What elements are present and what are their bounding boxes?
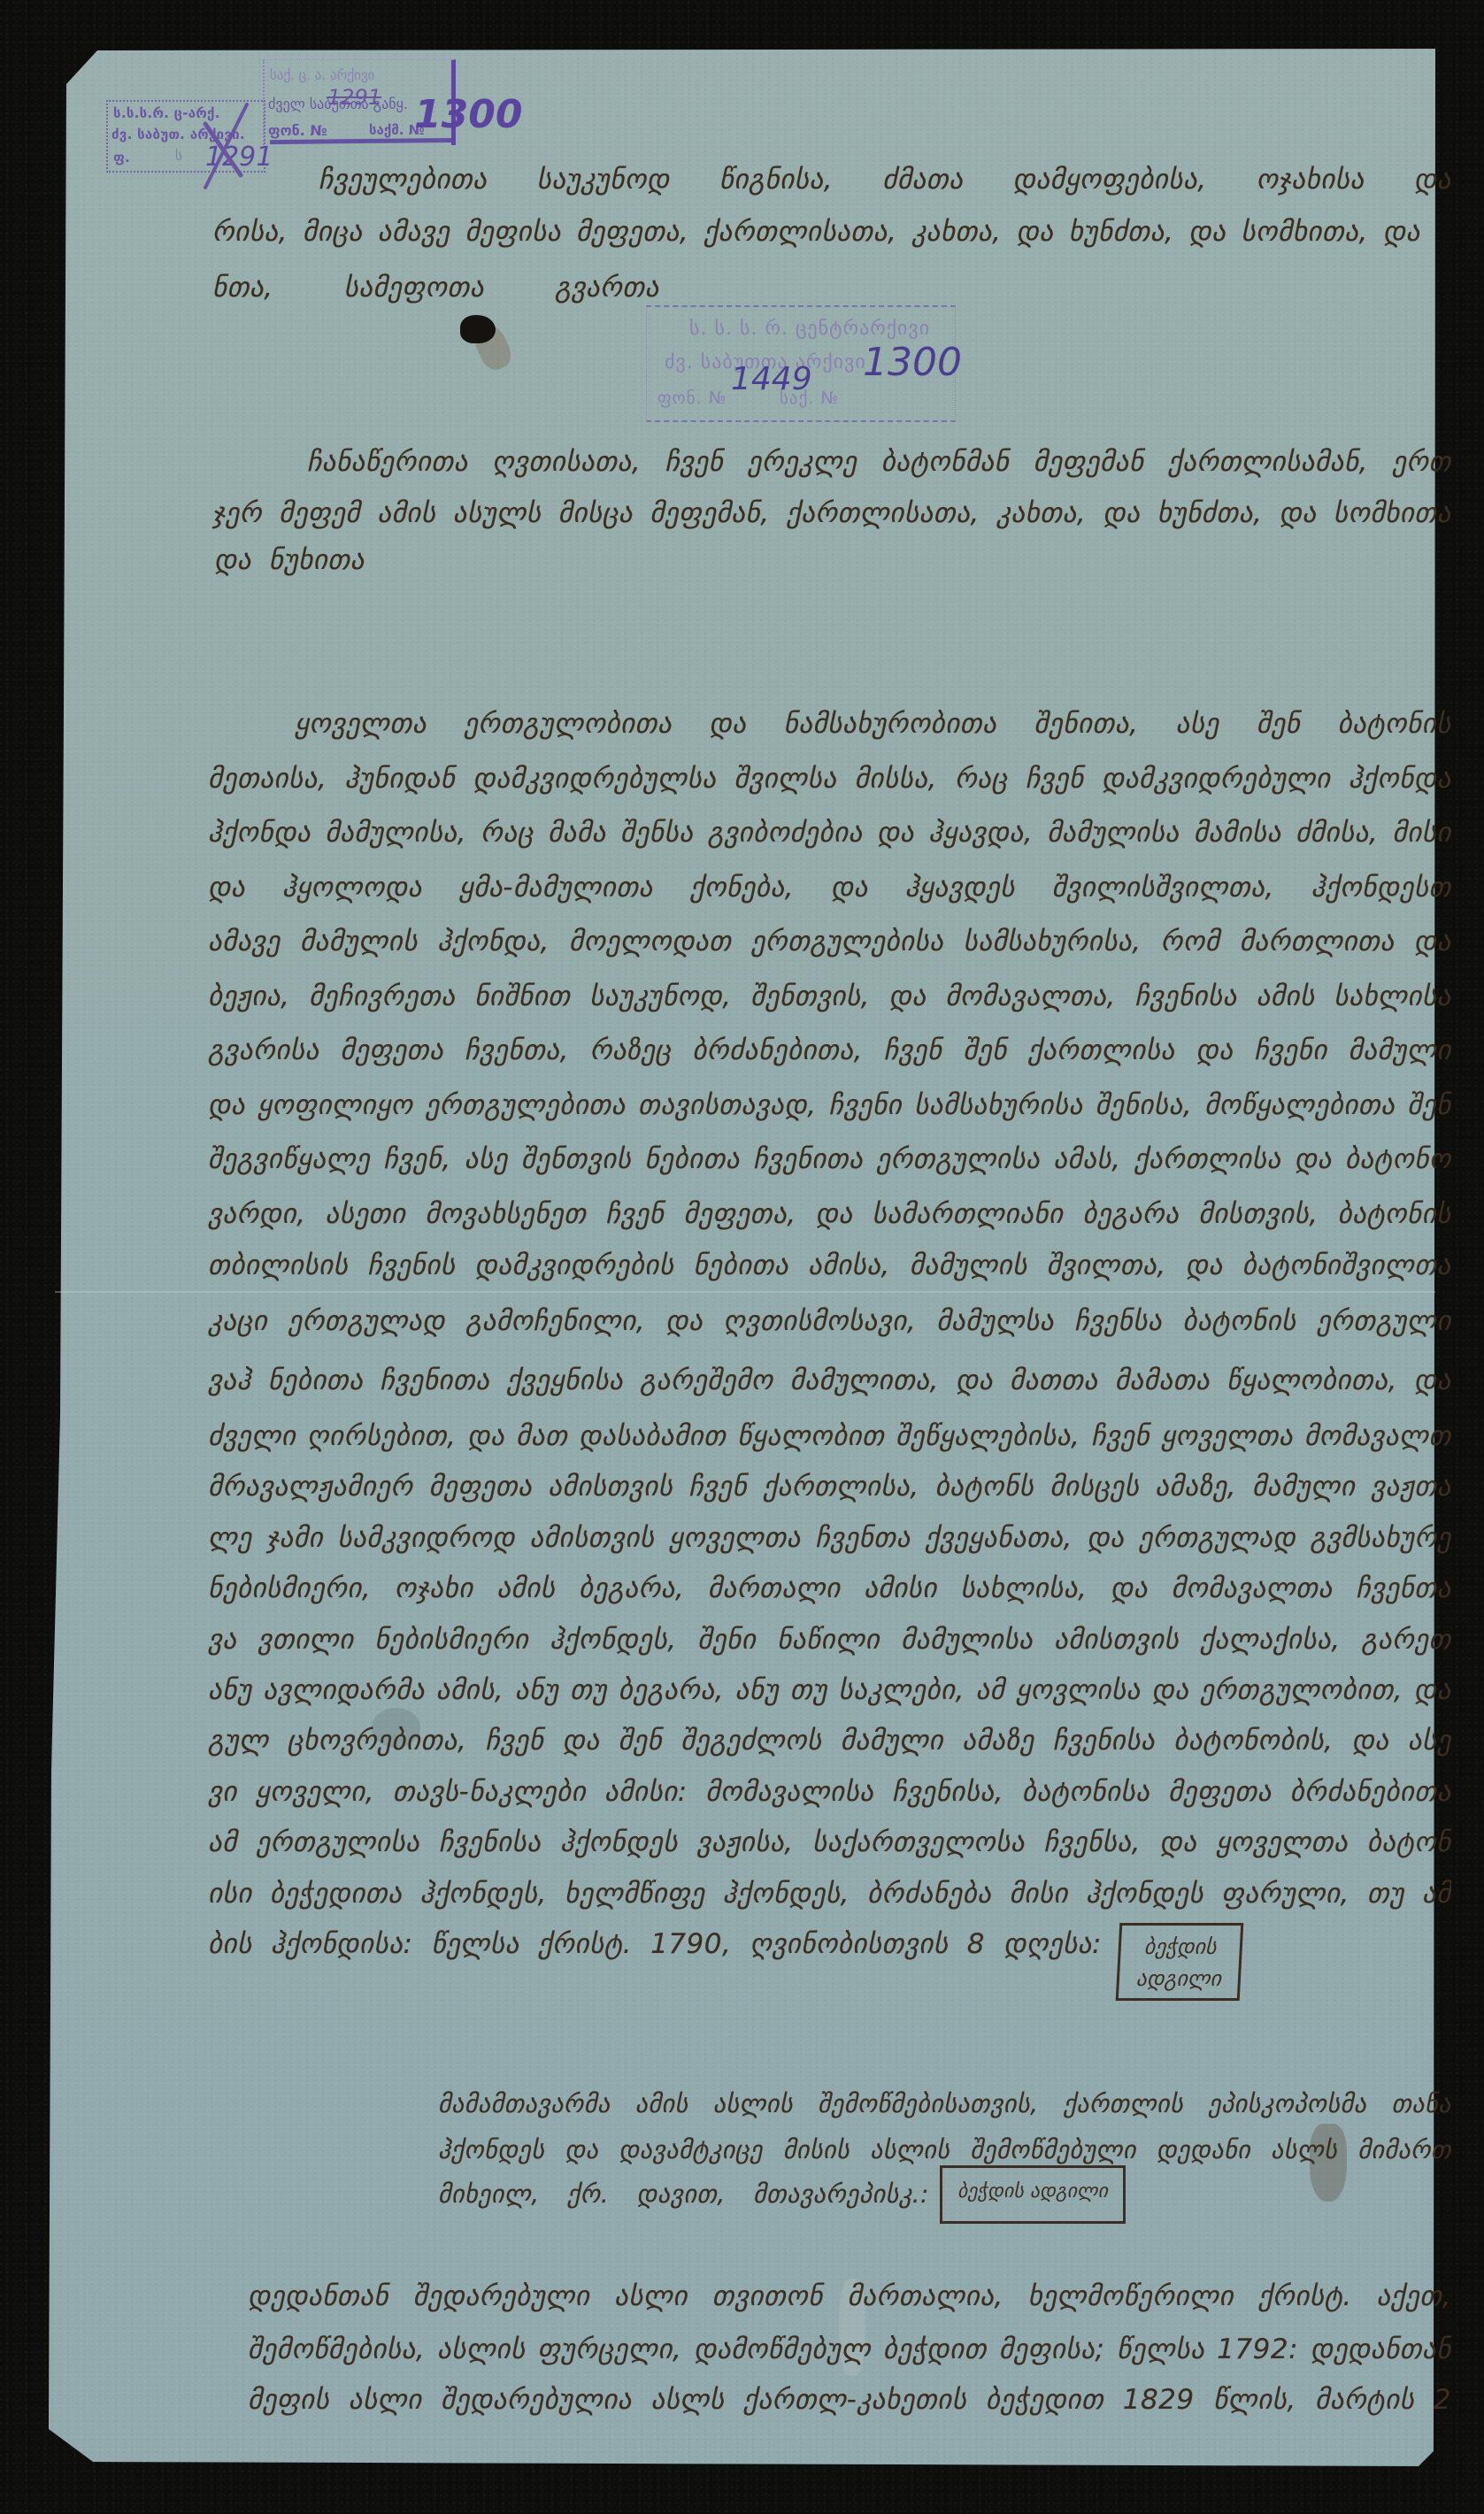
text-line: რისა, მიცა ამავე მეფისა მეფეთა, ქართლისა… xyxy=(212,211,1420,252)
text-line: და ყოფილიყო ერთგულებითა თავისთავად, ჩვენ… xyxy=(208,1085,1451,1126)
text-line: ჯერ მეფემ ამის ასულს მისცა მეფემან, ქართ… xyxy=(212,493,1451,534)
text-line: ჩვეულებითა საუკუნოდ წიგნისა, ძმათა დამყო… xyxy=(319,159,1451,200)
seal-place-box: ბეჭდის ადგილი xyxy=(1116,1923,1244,2001)
text-line: მეთაისა, ჰუნიდან დამკვიდრებულსა შვილსა მ… xyxy=(208,758,1451,799)
text-line: ნებისმიერი, ოჯახი ამის ბეგარა, მართალი ა… xyxy=(208,1568,1451,1609)
text-line: ანუ ავლიდარმა ამის, ანუ თუ ბეგარა, ანუ თ… xyxy=(208,1670,1451,1711)
text-line-dated: ბის ჰქონდისა: წელსა ქრისტ. 1790, ღვინობი… xyxy=(208,1924,1102,1964)
stamp-left-case-label: ს xyxy=(175,148,182,164)
text-line: მრავალჟამიერ მეფეთა ამისთვის ჩვენ ქართლი… xyxy=(208,1466,1451,1507)
text-line: ჩანაწერითა ღვთისათა, ჩვენ ერეკლე ბატონმა… xyxy=(307,442,1451,482)
stamp-left-handwritten-number: 1291 xyxy=(205,142,273,173)
seal-place-box: ბეჭდის ადგილი xyxy=(940,2165,1126,2224)
text-line: გვარისა მეფეთა ჩვენთა, რაზეც ბრძანებითა,… xyxy=(208,1030,1451,1071)
text-line: ვი ყოველი, თავს-ნაკლები ამისი: მომავალის… xyxy=(208,1772,1451,1812)
stamp-center-fond-label: ფონ. № xyxy=(657,388,727,408)
stamp-center-fond-number: 1449 xyxy=(731,361,812,397)
text-line: ამ ერთგულისა ჩვენისა ჰქონდეს ვაჟისა, საქ… xyxy=(208,1822,1451,1863)
text-line: თბილისის ჩვენის დამკვიდრების ნებითა ამის… xyxy=(208,1245,1451,1286)
text-line: ლე ჯამი სამკვიდროდ ამისთვის ყოველთა ჩვენ… xyxy=(208,1518,1451,1558)
stamp-left-line2: ძვ. საბუთ. არქივი. xyxy=(111,127,245,142)
text-line: ნთა, სამეფოთა გვართა ბატონთა: xyxy=(212,267,659,308)
text-line: და ნუხითა xyxy=(214,540,365,580)
text-line: ვა ვთილი ნებისმიერი ჰქონდეს, შენი ნაწილი… xyxy=(208,1619,1451,1660)
paper-fold-crease xyxy=(55,1291,1435,1293)
seal-box-line1: ბეჭდის xyxy=(1120,1931,1241,1963)
text-line: მიხეილ, ქრ. დავით, მთავარეპისკ.: xyxy=(438,2174,929,2215)
text-line: მეფის ასლი შედარებულია ასლს ქართლ-კახეთი… xyxy=(248,2379,1451,2420)
text-line: ისი ბეჭედითა ჰქონდეს, ხელმწიფე ჰქონდეს, … xyxy=(208,1873,1451,1914)
ink-blot xyxy=(460,315,496,343)
text-line: ჰქონდა მამულისა, რაც მამა შენსა გვიბოძებ… xyxy=(208,812,1451,853)
stamp-right-line1: საქ. ც. ა. არქივი xyxy=(270,67,374,83)
text-line: შეგვიწყალე ჩვენ, ასე შენთვის ნებითა ჩვენ… xyxy=(208,1139,1451,1180)
stamp-center-case-number: 1300 xyxy=(863,340,962,385)
text-line: ვაჰ ნებითა ჩვენითა ქვეყნისა გარეშემო მამ… xyxy=(208,1360,1451,1401)
text-line: ამავე მამულის ჰქონდა, მოელოდათ ერთგულები… xyxy=(208,921,1451,962)
text-line: გულ ცხოვრებითა, ჩვენ და შენ შეგეძლოს მამ… xyxy=(208,1720,1451,1761)
stamp-right-handwritten-number: 1300 xyxy=(414,92,522,137)
stamp-left-line1: ს.ს.ს.რ. ც-არქ. xyxy=(113,105,220,121)
text-line: ყოველთა ერთგულობითა და ნამსახურობითა შენ… xyxy=(295,703,1451,744)
seal-box-line2: ადგილი xyxy=(1119,1963,1239,1995)
text-line: და ჰყოლოდა ყმა-მამულითა ქონება, და ჰყავდ… xyxy=(208,867,1451,908)
stamp-right-fond-label: ფონ. № xyxy=(268,122,327,139)
text-line: შემოწმებისა, ასლის ფურცელი, დამოწმებულ ბ… xyxy=(248,2329,1451,2370)
text-line: მამამთავარმა ამის ასლის შემოწმებისათვის,… xyxy=(438,2084,1451,2125)
text-line: ბეჟია, მეჩივრეთა ნიშნით საუკუნოდ, შენთვი… xyxy=(208,976,1451,1017)
stamp-left-fond-label: ფ. xyxy=(113,150,130,165)
stamp-center-line1: ს. ს. ს. რ. ცენტრარქივი xyxy=(689,318,930,340)
text-line: ვარდი, ასეთი მოვახსენეთ ჩვენ მეფეთა, და … xyxy=(208,1194,1451,1234)
stamp-right-scribble: 1291 xyxy=(327,85,381,110)
text-line: ძველი ღირსებით, და მათ დასაბამით წყალობი… xyxy=(208,1416,1451,1457)
text-line: კაცი ერთგულად გამოჩენილი, და ღვთისმოსავი… xyxy=(208,1301,1451,1342)
text-line: დედანთან შედარებული ასლი თვითონ მართალია… xyxy=(248,2276,1451,2317)
